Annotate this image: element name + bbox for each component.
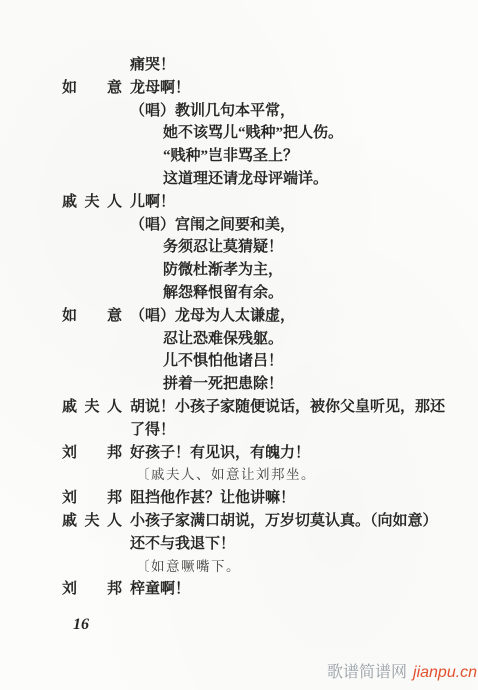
script-line: 刘邦阻挡他作甚？让他讲嘛！ [0, 487, 478, 510]
speaker-char: 如 [62, 77, 77, 100]
speaker-char: 刘 [62, 578, 77, 601]
script-line: 〔如意噘嘴下。 [0, 556, 478, 579]
script-line: （唱）宫闱之间要和美， [0, 214, 478, 237]
line-text: 好孩子！有见识，有魄力！ [130, 442, 310, 465]
watermark-site-url: jianpu.cn [413, 664, 477, 681]
line-text: 拼着一死把患除！ [163, 373, 283, 396]
line-text: （唱）教训几句本平常， [130, 100, 295, 123]
line-text: 梓童啊！ [130, 578, 190, 601]
script-line: 解怨释恨留有余。 [0, 282, 478, 305]
line-text: 阻挡他作甚？让他讲嘛！ [130, 487, 295, 510]
script-line: 刘邦好孩子！有见识，有魄力！ [0, 442, 478, 465]
script-line: 她不该骂儿“贱种”把人伤。 [0, 122, 478, 145]
speaker-char: 夫 [84, 396, 99, 419]
line-text: “贱种”岂非骂圣上？ [163, 145, 298, 168]
speaker-char: 刘 [62, 442, 77, 465]
page-number: 16 [73, 616, 89, 634]
script-line: 儿不惧怕他诸吕！ [0, 350, 478, 373]
script-line: 这道理还请龙母评端详。 [0, 168, 478, 191]
line-text: 儿啊！ [130, 191, 175, 214]
speaker-char: 夫 [84, 191, 99, 214]
speaker-name: 刘邦 [62, 442, 122, 465]
speaker-char: 人 [107, 510, 122, 533]
speaker-name: 如意 [62, 77, 122, 100]
line-text: 儿不惧怕他诸吕！ [163, 350, 283, 373]
script-line: 戚夫人小孩子家满口胡说，万岁切莫认真。（向如意） [0, 510, 478, 533]
line-text: 防微杜渐孝为主， [163, 259, 283, 282]
line-text: 这道理还请龙母评端详。 [163, 168, 328, 191]
speaker-char: 如 [62, 305, 77, 328]
line-text: 务须忍让莫猜疑！ [163, 236, 283, 259]
speaker-char: 意 [107, 305, 122, 328]
script-line: 痛哭！ [0, 54, 478, 77]
speaker-name: 刘邦 [62, 487, 122, 510]
speaker-char: 戚 [62, 510, 77, 533]
line-text: 〔如意噘嘴下。 [136, 556, 241, 579]
script-line: 务须忍让莫猜疑！ [0, 236, 478, 259]
speaker-name: 戚夫人 [62, 396, 122, 419]
line-text: 胡说！小孩子家随便说话，被你父皇听见，那还 [130, 396, 445, 419]
script-line: 〔戚夫人、如意让刘邦坐。 [0, 464, 478, 487]
speaker-char: 人 [107, 396, 122, 419]
line-text: 还不与我退下！ [130, 533, 235, 556]
script-line: 如意龙母啊！ [0, 77, 478, 100]
speaker-char: 邦 [107, 578, 122, 601]
line-text: 龙母啊！ [130, 77, 190, 100]
speaker-char: 戚 [62, 396, 77, 419]
script-line: 如意（唱）龙母为人太谦虚， [0, 305, 478, 328]
line-text: 她不该骂儿“贱种”把人伤。 [163, 122, 343, 145]
speaker-name: 戚夫人 [62, 510, 122, 533]
speaker-char: 邦 [107, 487, 122, 510]
script-line: 戚夫人儿啊！ [0, 191, 478, 214]
speaker-char: 戚 [62, 191, 77, 214]
line-text: 忍让恐难保残躯。 [163, 328, 283, 351]
line-text: 痛哭！ [130, 54, 175, 77]
line-text: （唱）宫闱之间要和美， [130, 214, 295, 237]
line-text: 解怨释恨留有余。 [163, 282, 283, 305]
script-text-block: 痛哭！如意龙母啊！（唱）教训几句本平常，她不该骂儿“贱种”把人伤。“贱种”岂非骂… [0, 54, 478, 601]
script-line: 防微杜渐孝为主， [0, 259, 478, 282]
script-line: 还不与我退下！ [0, 533, 478, 556]
speaker-char: 夫 [84, 510, 99, 533]
script-line: （唱）教训几句本平常， [0, 100, 478, 123]
script-line: 忍让恐难保残躯。 [0, 328, 478, 351]
watermark: 歌谱简谱网jianpu.cn [327, 659, 477, 682]
line-text: 〔戚夫人、如意让刘邦坐。 [136, 464, 316, 487]
speaker-name: 如意 [62, 305, 122, 328]
script-line: 拼着一死把患除！ [0, 373, 478, 396]
scanned-script-page: 痛哭！如意龙母啊！（唱）教训几句本平常，她不该骂儿“贱种”把人伤。“贱种”岂非骂… [0, 0, 478, 690]
speaker-char: 刘 [62, 487, 77, 510]
script-line: “贱种”岂非骂圣上？ [0, 145, 478, 168]
speaker-name: 刘邦 [62, 578, 122, 601]
line-text: 了得！ [130, 419, 175, 442]
line-text: 小孩子家满口胡说，万岁切莫认真。（向如意） [130, 510, 438, 533]
speaker-char: 人 [107, 191, 122, 214]
speaker-char: 邦 [107, 442, 122, 465]
script-line: 刘邦梓童啊！ [0, 578, 478, 601]
script-line: 了得！ [0, 419, 478, 442]
watermark-site-name: 歌谱简谱网 [327, 664, 407, 681]
script-line: 戚夫人胡说！小孩子家随便说话，被你父皇听见，那还 [0, 396, 478, 419]
line-text: （唱）龙母为人太谦虚， [130, 305, 295, 328]
speaker-name: 戚夫人 [62, 191, 122, 214]
speaker-char: 意 [107, 77, 122, 100]
